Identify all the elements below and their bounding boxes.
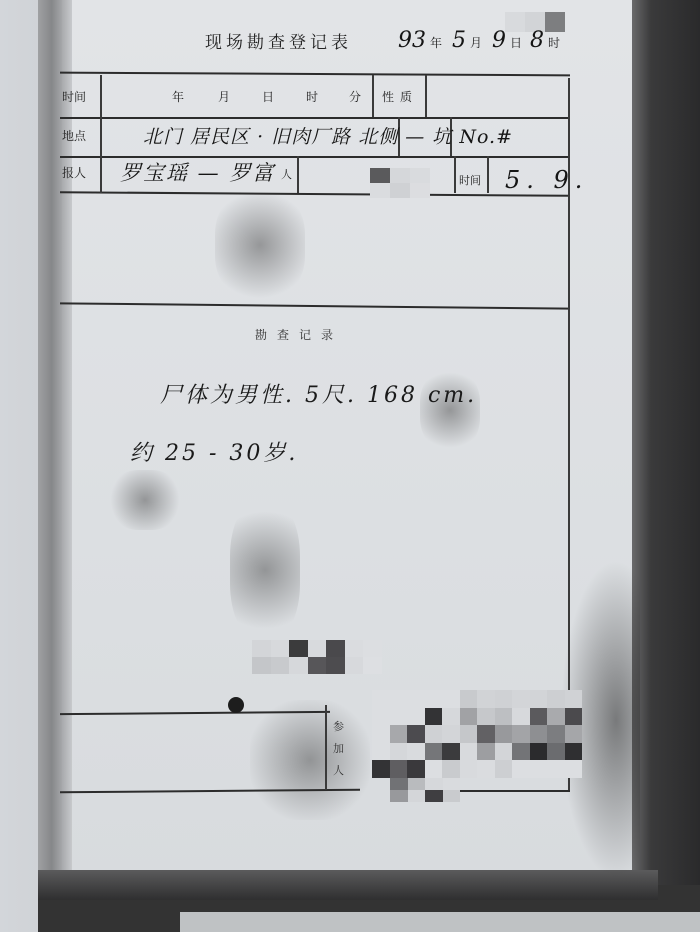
header-month-label: 月 bbox=[470, 34, 482, 51]
table-col-divider bbox=[487, 156, 489, 193]
record-line-2: 约 25 - 30岁. bbox=[130, 436, 298, 467]
reporter-time-value: 5. 9. bbox=[505, 166, 588, 194]
table-col-divider bbox=[325, 705, 327, 790]
time-unit-month: 月 bbox=[218, 88, 230, 105]
header-year-value: 93 bbox=[398, 28, 426, 53]
header-date: 93 年 5 月 9 日 8 时 bbox=[398, 28, 560, 53]
time-unit-year: 年 bbox=[172, 88, 184, 105]
record-line-1: 尸体为男性. 5尺. 168 cm. bbox=[160, 378, 477, 409]
ink-blot bbox=[228, 697, 244, 713]
redaction-mosaic bbox=[390, 778, 460, 802]
table-row-divider bbox=[60, 117, 570, 119]
header-hour-label: 时 bbox=[548, 34, 560, 51]
table-border-bottom bbox=[460, 790, 570, 792]
time-unit-day: 日 bbox=[262, 88, 274, 105]
redaction-mosaic bbox=[370, 168, 430, 198]
table-col-divider bbox=[297, 156, 299, 193]
toner-speckle bbox=[250, 700, 370, 820]
reporter-time-label: 时间 bbox=[459, 172, 481, 188]
background-dark-surface bbox=[630, 0, 700, 932]
header-hour-value: 8 bbox=[530, 28, 544, 53]
table-col-divider bbox=[372, 75, 374, 117]
time-row-label: 时间 bbox=[62, 88, 86, 105]
reporter-row-label: 报人 bbox=[62, 164, 86, 181]
participants-label: 参加人 bbox=[333, 716, 345, 782]
redaction-mosaic bbox=[252, 640, 382, 674]
table-col-divider bbox=[454, 156, 456, 193]
header-month-value: 5 bbox=[452, 28, 466, 53]
background-bottom-strip bbox=[180, 912, 700, 932]
toner-speckle bbox=[230, 500, 300, 640]
table-col-divider bbox=[425, 75, 427, 117]
location-value: 北门 居民区 · 旧肉厂路 北侧 — 坑 No.# bbox=[143, 122, 513, 149]
time-unit-hour: 时 bbox=[306, 88, 318, 105]
location-row-label: 地点 bbox=[62, 127, 86, 144]
header-day-value: 9 bbox=[492, 28, 506, 53]
reporter-value: 罗宝瑶 — 罗富 bbox=[120, 157, 275, 187]
record-section-title: 勘查记录 bbox=[255, 326, 343, 343]
nature-label: 性质 bbox=[382, 88, 418, 105]
toner-speckle bbox=[215, 190, 305, 300]
header-day-label: 日 bbox=[510, 34, 522, 51]
redaction-mosaic bbox=[372, 690, 582, 778]
table-col-divider bbox=[100, 75, 102, 193]
form-title: 现场勘查登记表 bbox=[205, 28, 352, 53]
time-unit-minute: 分 bbox=[349, 88, 361, 105]
toner-speckle bbox=[110, 470, 180, 530]
reporter-suffix-label: 人 bbox=[281, 166, 292, 182]
header-year-label: 年 bbox=[430, 34, 442, 51]
